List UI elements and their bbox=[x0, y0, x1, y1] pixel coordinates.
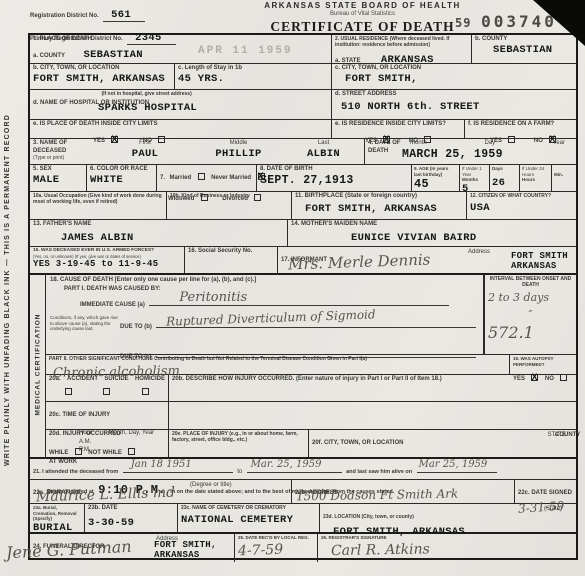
field-date-received: 25. DATE REC'D BY LOCAL REG. 4-7-59 bbox=[235, 534, 318, 562]
field-birthplace: 11. BIRTHPLACE (State or foreign country… bbox=[292, 192, 467, 219]
field-mother-name: 14. MOTHER'S MAIDEN NAME EUNICE VIVIAN B… bbox=[288, 220, 576, 246]
days-value: 26 bbox=[492, 177, 517, 189]
field-physician-signature: 22a. SIGNATURE (Degree or title) Maurice… bbox=[30, 480, 292, 503]
last-name-label: Last bbox=[286, 140, 361, 148]
notwhile-label: NOT WHILE bbox=[88, 450, 122, 456]
funeral-director-city: FORT SMITH, bbox=[154, 540, 217, 550]
field-residence-city: c. CITY, TOWN, OR LOCATION FORT SMITH, bbox=[332, 64, 576, 89]
under24-label: If Under 24 Hours bbox=[522, 166, 549, 177]
first-name-value: PAUL bbox=[99, 148, 191, 160]
date-received-value: 4-7-59 bbox=[238, 540, 315, 559]
field-age: 9. AGE (In years last birthday) 45 If Un… bbox=[412, 165, 576, 191]
homicide-checkbox bbox=[142, 388, 149, 395]
part1-label: PART I. DEATH WAS CAUSED BY: bbox=[64, 286, 479, 294]
medical-certification-strip: MEDICAL CERTIFICATION bbox=[30, 275, 46, 457]
field-injury-description: 20b. DESCRIBE HOW INJURY OCCURRED. (Ente… bbox=[169, 375, 576, 401]
funeral-director-state: ARKANSAS bbox=[154, 550, 217, 560]
field-citizen: 12. CITIZEN OF WHAT COUNTRY? USA bbox=[467, 192, 576, 219]
field-injury-location: 20f. CITY, TOWN, OR LOCATION COUNTY STAT… bbox=[309, 430, 576, 457]
field-place-of-death: 1. PLACE OF DEATH a. COUNTY SEBASTIAN AP… bbox=[30, 35, 332, 63]
under1-label: If Under 1 Year bbox=[462, 166, 487, 177]
sex-label: 5. SEX bbox=[33, 166, 83, 174]
injury-state-label: STATE bbox=[548, 432, 566, 440]
field-race: 6. COLOR OR RACE WHITE bbox=[87, 165, 157, 191]
race-value: WHITE bbox=[90, 174, 153, 186]
field-length-of-stay: c. Length of Stay in 1b 45 YRS. bbox=[175, 64, 332, 89]
death-city-value: FORT SMITH, ARKANSAS bbox=[33, 73, 171, 85]
day-col-label: Day bbox=[484, 140, 495, 148]
time-of-injury-label: 20c. TIME OF INJURY bbox=[49, 412, 110, 418]
autopsy-label: 19. WAS AUTOPSY PERFORMED? bbox=[513, 356, 573, 367]
field-time-of-injury-entry bbox=[169, 402, 576, 429]
interval-a-value: 2 to 3 days bbox=[488, 291, 573, 304]
informant-address-line2: ARKANSAS bbox=[511, 261, 568, 271]
interval-label: INTERVAL BETWEEN ONSET AND DEATH bbox=[488, 276, 573, 289]
field-name-of-deceased: 3. NAME OF DECEASED (Type or print) Firs… bbox=[30, 139, 365, 164]
field-sex: 5. SEX MALE bbox=[30, 165, 87, 191]
reg-district-value: 561 bbox=[103, 9, 145, 22]
last-name-value: ALBIN bbox=[286, 148, 361, 160]
field-time-of-injury: 20c. TIME OF INJURY Hour Month, Day, Yea… bbox=[46, 402, 169, 429]
place-of-injury-label: 20e. PLACE OF INJURY (e.g., in or about … bbox=[172, 431, 305, 444]
mother-name-value: EUNICE VIVIAN BAIRD bbox=[351, 232, 573, 244]
cemetery-state-label: (State) bbox=[544, 506, 562, 514]
cause-of-death-label: 18. CAUSE OF DEATH [Enter only one cause… bbox=[50, 277, 479, 285]
field-cause-of-death: 18. CAUSE OF DEATH [Enter only one cause… bbox=[46, 275, 484, 354]
physician-signature-value: Maurice L. Ellis md bbox=[36, 485, 176, 506]
field-disposition: 23a. Burial, Cremation, Removal (Specify… bbox=[30, 504, 85, 532]
race-label: 6. COLOR OR RACE bbox=[90, 166, 153, 174]
interval-b-ditto: ″ bbox=[488, 308, 573, 321]
reg-district-label: Registration District No. bbox=[30, 13, 99, 19]
street-address-value: 510 NORTH 6th. STREET bbox=[341, 101, 573, 113]
field-injury-at-work: 20d. INJURY OCCURRED WHILE NOT WHILE AT … bbox=[46, 430, 169, 457]
degree-label: (Degree or title) bbox=[190, 482, 232, 490]
accident-label: ACCIDENT bbox=[67, 376, 98, 384]
field-ssn: 16. Social Security No. bbox=[185, 247, 278, 273]
immediate-cause-label: IMMEDIATE CAUSE (a) bbox=[80, 302, 145, 308]
field-part2-conditions: PART II. OTHER SIGNIFICANT CONDITIONS Co… bbox=[46, 355, 510, 374]
while-checkbox bbox=[75, 448, 82, 455]
hours-label: Hours bbox=[522, 177, 549, 183]
date-signed-label: 22c. DATE SIGNED bbox=[518, 490, 572, 496]
never-married-label: Never Married bbox=[211, 175, 251, 181]
usual-residence-label: 2. USUAL RESIDENCE (Where deceased lived… bbox=[335, 36, 468, 49]
name-label: 3. NAME OF DECEASED bbox=[33, 140, 99, 155]
ssn-label: 16. Social Security No. bbox=[188, 248, 274, 256]
bureau-name: Bureau of Vital Statistics bbox=[255, 11, 470, 17]
field-res-city-limits: e. IS RESIDENCE INSIDE CITY LIMITS? YES … bbox=[332, 120, 465, 138]
field-informant: 17. INFORMANT Address Mrs. Merle Dennis … bbox=[278, 247, 576, 273]
month-col-label: Month bbox=[410, 140, 427, 148]
to-word: to bbox=[237, 469, 242, 475]
marital-label: 7. bbox=[160, 175, 165, 181]
age-label: 9. AGE (In years last birthday) bbox=[414, 166, 457, 177]
state-label: a. STATE bbox=[335, 58, 360, 64]
county-value: SEBASTIAN bbox=[83, 49, 142, 61]
due-to-b-label: DUE TO (b) bbox=[120, 324, 152, 330]
date-of-death-value: MARCH 25, 1959 bbox=[402, 148, 573, 161]
married-label: Married bbox=[169, 175, 191, 181]
field-funeral-director: 24. FUNERAL DIRECTOR Address Jene G. Put… bbox=[30, 534, 235, 562]
date-of-death-label: 4. DATE OF DEATH bbox=[368, 140, 402, 163]
field-disposition-date: 23b. DATE 3-30-59 bbox=[85, 504, 178, 532]
hospital-note: (If not in hospital, give street address… bbox=[101, 91, 191, 97]
field-usual-residence-state: 2. USUAL RESIDENCE (Where deceased lived… bbox=[332, 35, 472, 63]
armed-forces-value: YES 3-19-45 to 11-9-45 bbox=[33, 259, 181, 269]
form-title-block: ARKANSAS STATE BOARD OF HEALTH Bureau of… bbox=[255, 1, 470, 35]
pod-city-limits-label: e. IS PLACE OF DEATH INSIDE CITY LIMITS bbox=[33, 121, 328, 129]
field-marital-status: 7. Married Never Married X Widowed Divor… bbox=[157, 165, 257, 191]
married-checkbox bbox=[198, 173, 205, 180]
mother-name-label: 14. MOTHER'S MAIDEN NAME bbox=[291, 221, 573, 229]
business-label: 10b. Kind of Business or Industry bbox=[170, 193, 288, 199]
citizen-label: 12. CITIZEN OF WHAT COUNTRY? bbox=[470, 193, 573, 199]
days-label: Days bbox=[492, 166, 517, 172]
homicide-label: HOMICIDE bbox=[135, 376, 165, 384]
injury-description-label: 20b. DESCRIBE HOW INJURY OCCURRED. (Ente… bbox=[172, 376, 573, 384]
date-received-label: 25. DATE REC'D BY LOCAL REG. bbox=[238, 535, 314, 541]
physician-address-value: 1500 Dodson Ft Smith Ark bbox=[296, 487, 458, 504]
cemetery-label: 23c. NAME OF CEMETERY OR CREMATORY bbox=[181, 505, 316, 511]
accident-checkbox bbox=[65, 388, 72, 395]
last-alive-date: Mar 25, 1959 bbox=[419, 459, 488, 470]
hospital-value: SPARKS HOSPITAL bbox=[98, 102, 197, 114]
disposition-date-value: 3-30-59 bbox=[88, 517, 174, 529]
field-father-name: 13. FATHER'S NAME JAMES ALBIN bbox=[30, 220, 288, 246]
informant-address-label: Address bbox=[468, 249, 490, 257]
citizen-value: USA bbox=[470, 202, 573, 214]
field-date-of-death: 4. DATE OF DEATH Month Day Year MARCH 25… bbox=[365, 139, 576, 164]
injury-occurred-label: 20d. INJURY OCCURRED bbox=[49, 431, 165, 439]
registrar-signature-value: Carl R. Atkins bbox=[331, 539, 573, 559]
age-value: 45 bbox=[414, 177, 457, 191]
cause-code-value: 572.1 bbox=[488, 323, 573, 342]
middle-name-value: PHILLIP bbox=[191, 148, 286, 160]
while-label: WHILE bbox=[49, 450, 68, 456]
informant-signature: Mrs. Merle Dennis bbox=[288, 251, 431, 274]
name-note: (Type or print) bbox=[33, 155, 99, 161]
father-name-value: JAMES ALBIN bbox=[61, 232, 284, 244]
death-certificate-scan: WRITE PLAINLY WITH UNFADING BLACK INK — … bbox=[0, 0, 585, 576]
attended-from-date: Jan 18 1951 bbox=[131, 459, 192, 470]
suicide-label: SUICIDE bbox=[104, 376, 128, 384]
cemetery-value: NATIONAL CEMETERY bbox=[181, 514, 316, 526]
field-residence-farm: f. IS RESIDENCE ON A FARM? YES NO X bbox=[465, 120, 576, 138]
field-death-city: b. CITY, TOWN, OR LOCATION FORT SMITH, A… bbox=[30, 64, 175, 89]
suicide-checkbox bbox=[103, 388, 110, 395]
left-margin-instruction: WRITE PLAINLY WITH UNFADING BLACK INK — … bbox=[4, 14, 16, 566]
residence-city-label: c. CITY, TOWN, OR LOCATION bbox=[335, 65, 573, 73]
hospital-label: d. NAME OF HOSPITAL OR INSTITUTION bbox=[33, 100, 97, 108]
street-address-label: d. STREET ADDRESS bbox=[335, 91, 573, 99]
field-autopsy: 19. WAS AUTOPSY PERFORMED? YES X NO bbox=[510, 355, 576, 374]
field-hospital: d. NAME OF HOSPITAL OR INSTITUTION (If n… bbox=[30, 90, 332, 119]
residence-city-value: FORT SMITH, bbox=[345, 73, 573, 85]
cause-a-value: Peritonitis bbox=[179, 290, 247, 305]
field-physician-address: 22b. ADDRESS 1500 Dodson Ft Smith Ark bbox=[292, 480, 515, 503]
first-name-label: First bbox=[99, 140, 191, 148]
year-col-label: Year bbox=[553, 140, 565, 148]
birthplace-value: FORT SMITH, ARKANSAS bbox=[305, 203, 463, 215]
field-pod-city-limits: e. IS PLACE OF DEATH INSIDE CITY LIMITS … bbox=[30, 120, 332, 138]
res-city-limits-label: e. IS RESIDENCE INSIDE CITY LIMITS? bbox=[335, 121, 461, 129]
board-name: ARKANSAS STATE BOARD OF HEALTH bbox=[255, 1, 470, 10]
place-of-death-label: 1. PLACE OF DEATH bbox=[33, 36, 328, 44]
field-street-address: d. STREET ADDRESS 510 NORTH 6th. STREET bbox=[332, 90, 576, 119]
received-date-stamp: APR 11 1959 bbox=[198, 45, 293, 57]
occupation-label: 10a. Usual Occupation (Give kind of work… bbox=[33, 193, 163, 206]
attended-to-date: Mar. 25, 1959 bbox=[251, 459, 322, 470]
length-of-stay-value: 45 YRS. bbox=[178, 73, 328, 85]
last-saw-label: and last saw him alive on bbox=[346, 469, 412, 475]
length-of-stay-label: c. Length of Stay in 1b bbox=[178, 65, 328, 73]
field-date-signed: 22c. DATE SIGNED 3-31-59 bbox=[515, 480, 576, 503]
field-manner: 20a. ACCIDENT SUICIDE HOMICIDE bbox=[46, 375, 169, 401]
dob-label: 8. DATE OF BIRTH bbox=[260, 166, 408, 174]
field-attended-statement: 21. I attended the deceased from Jan 18 … bbox=[30, 459, 576, 479]
county-label: a. COUNTY bbox=[33, 53, 65, 59]
notwhile-checkbox bbox=[128, 448, 135, 455]
field-armed-forces: 15. WAS DECEASED EVER IN U.S. ARMED FORC… bbox=[30, 247, 185, 273]
certificate-form: 1. PLACE OF DEATH a. COUNTY SEBASTIAN AP… bbox=[28, 33, 578, 560]
field-occupation: 10a. Usual Occupation (Give kind of work… bbox=[30, 192, 167, 219]
attended-pre: 21. I attended the deceased from bbox=[33, 469, 118, 475]
field-cemetery-location: 23d. LOCATION (City, town, or county) (S… bbox=[320, 504, 576, 532]
birthplace-label: 11. BIRTHPLACE (State or foreign country… bbox=[295, 193, 463, 201]
medical-certification-label: MEDICAL CERTIFICATION bbox=[35, 277, 42, 453]
father-name-label: 13. FATHER'S NAME bbox=[33, 221, 284, 229]
middle-name-label: Middle bbox=[191, 140, 286, 148]
field-business: 10b. Kind of Business or Industry bbox=[167, 192, 292, 219]
certificate-title: CERTIFICATE OF DEATH bbox=[255, 19, 470, 35]
informant-address-line1: FORT SMITH bbox=[511, 251, 568, 261]
certno-prefix: 59 bbox=[455, 16, 471, 30]
min-label: Min. bbox=[554, 172, 574, 178]
injury-city-label: 20f. CITY, TOWN, OR LOCATION bbox=[312, 440, 403, 446]
field-registrar-signature: 26. REGISTRAR'S SIGNATURE Carl R. Atkins bbox=[318, 534, 576, 562]
scan-corner-fold bbox=[533, 0, 585, 46]
death-city-label: b. CITY, TOWN, OR LOCATION bbox=[33, 65, 171, 73]
residence-farm-label: f. IS RESIDENCE ON A FARM? bbox=[468, 121, 573, 129]
sex-value: MALE bbox=[33, 174, 83, 186]
field-cemetery: 23c. NAME OF CEMETERY OR CREMATORY NATIO… bbox=[178, 504, 320, 532]
dob-value: SEPT. 27,1913 bbox=[260, 174, 408, 187]
disposition-date-label: 23b. DATE bbox=[88, 505, 174, 513]
funeral-director-signature: Jene G. Putman bbox=[6, 537, 132, 563]
field-interval: INTERVAL BETWEEN ONSET AND DEATH 2 to 3 … bbox=[484, 275, 576, 354]
field-place-of-injury: 20e. PLACE OF INJURY (e.g., in or about … bbox=[169, 430, 309, 457]
manner-label: 20a. bbox=[49, 376, 61, 384]
disposition-label: 23a. Burial, Cremation, Removal (Specify… bbox=[33, 505, 81, 522]
medical-certification-section: MEDICAL CERTIFICATION 18. CAUSE OF DEATH… bbox=[30, 275, 576, 457]
field-date-of-birth: 8. DATE OF BIRTH SEPT. 27,1913 bbox=[257, 165, 412, 191]
disposition-value: BURIAL bbox=[33, 522, 81, 534]
cemetery-location-label: 23d. LOCATION (City, town, or county) bbox=[323, 514, 414, 520]
